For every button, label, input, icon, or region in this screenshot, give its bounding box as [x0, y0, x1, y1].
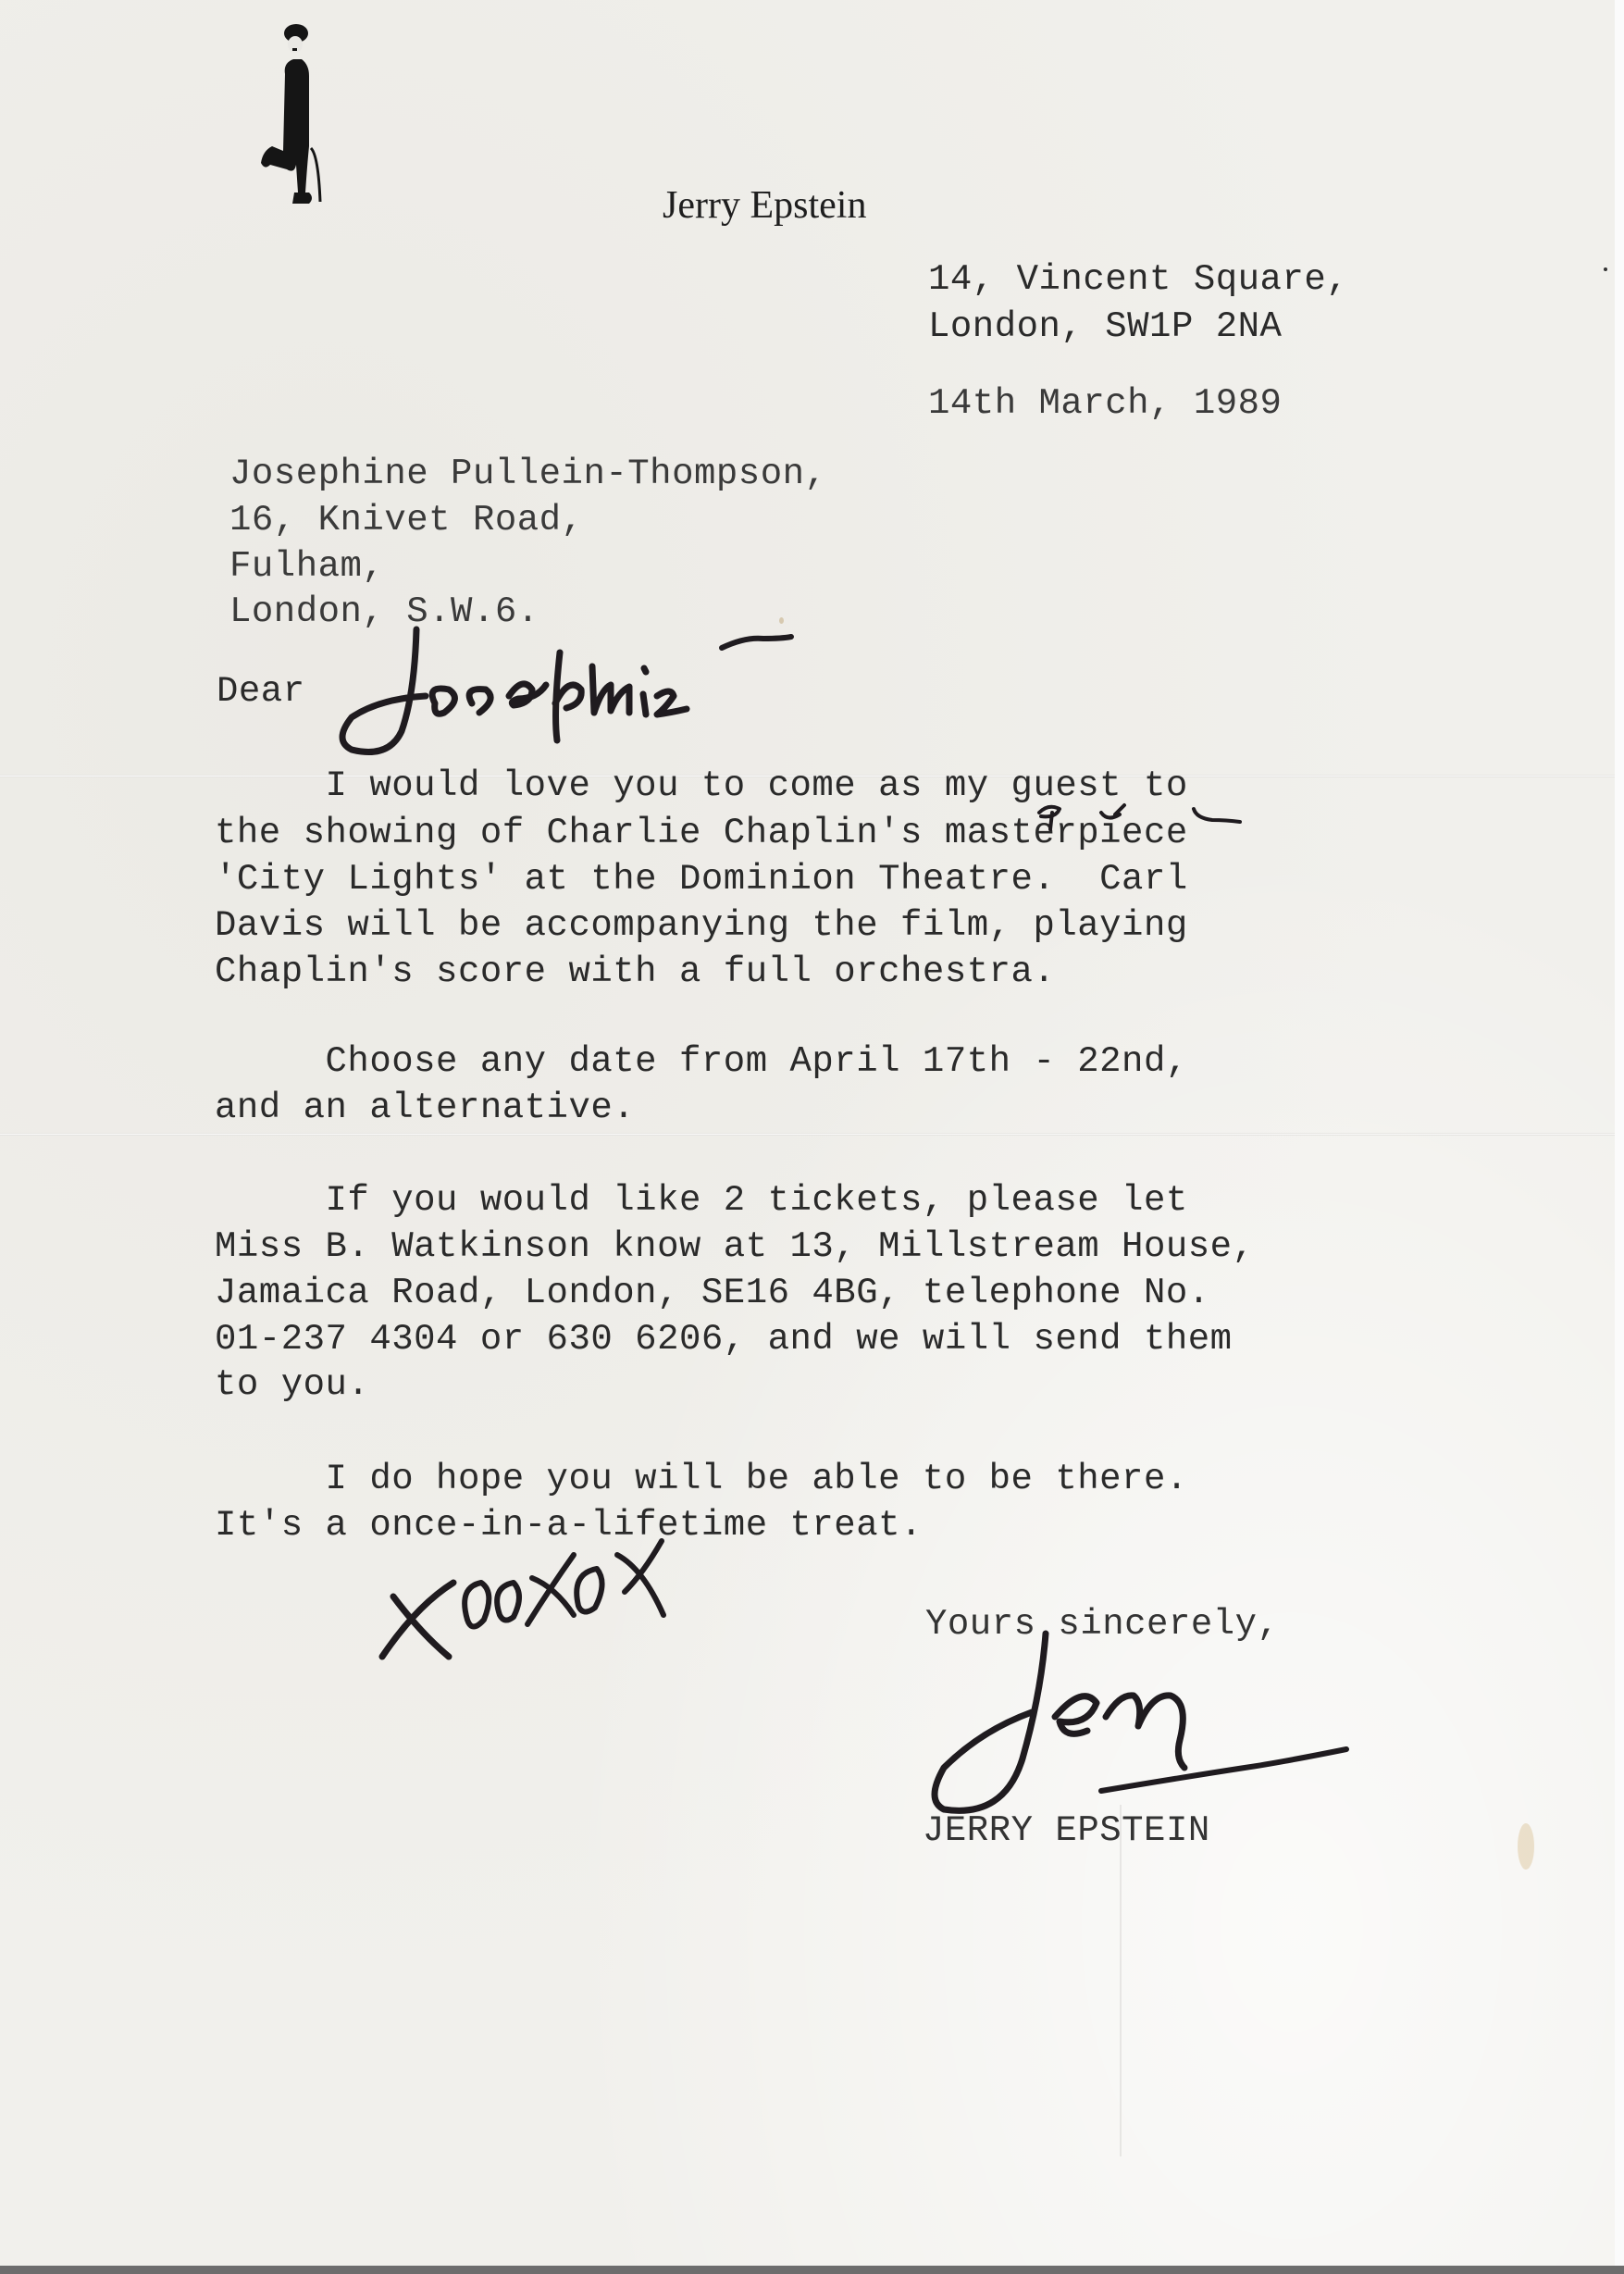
paper-crease: [1120, 1805, 1122, 2156]
scan-edge: [0, 2266, 1624, 2274]
salutation-typed: Dear: [217, 668, 305, 715]
body-line: 'City Lights' at the Dominion Theatre. C…: [215, 856, 1188, 902]
body-line: to you.: [215, 1361, 369, 1408]
handwritten-signature: [925, 1629, 1370, 1828]
paper-stain: [779, 617, 784, 624]
paper-speck: [1604, 267, 1607, 271]
letter-paper: Jerry Epstein 14, Vincent Square, London…: [0, 0, 1615, 2266]
recipient-line: 16, Knivet Road,: [229, 497, 583, 543]
body-line: Choose any date from April 17th - 22nd,: [215, 1038, 1188, 1085]
handwritten-salutation: [324, 611, 990, 773]
body-line: If you would like 2 tickets, please let: [215, 1177, 1188, 1224]
body-line: Jamaica Road, London, SE16 4BG, telephon…: [215, 1270, 1210, 1316]
body-line: Miss B. Watkinson know at 13, Millstream…: [215, 1224, 1254, 1270]
handwritten-corrections: [1032, 801, 1263, 843]
sender-address-line-1: 14, Vincent Square,: [928, 256, 1348, 303]
paper-stain: [1518, 1823, 1534, 1870]
body-line: and an alternative.: [215, 1085, 635, 1131]
signatory-name: JERRY EPSTEIN: [923, 1808, 1210, 1854]
letter-date: 14th March, 1989: [928, 380, 1282, 427]
charlie-chaplin-silhouette-icon: [242, 17, 344, 206]
recipient-line: Fulham,: [229, 543, 384, 590]
handwritten-kisses: [366, 1532, 847, 1675]
body-line: Chaplin's score with a full orchestra.: [215, 949, 1055, 995]
recipient-line: Josephine Pullein-Thompson,: [229, 451, 826, 497]
fold-line: [0, 1133, 1615, 1136]
body-line: 01-237 4304 or 630 6206, and we will sen…: [215, 1316, 1233, 1362]
sender-address-line-2: London, SW1P 2NA: [928, 304, 1282, 350]
letterhead-name: Jerry Epstein: [663, 183, 866, 228]
body-line: Davis will be accompanying the film, pla…: [215, 902, 1188, 949]
body-line: I do hope you will be able to be there.: [215, 1456, 1188, 1502]
